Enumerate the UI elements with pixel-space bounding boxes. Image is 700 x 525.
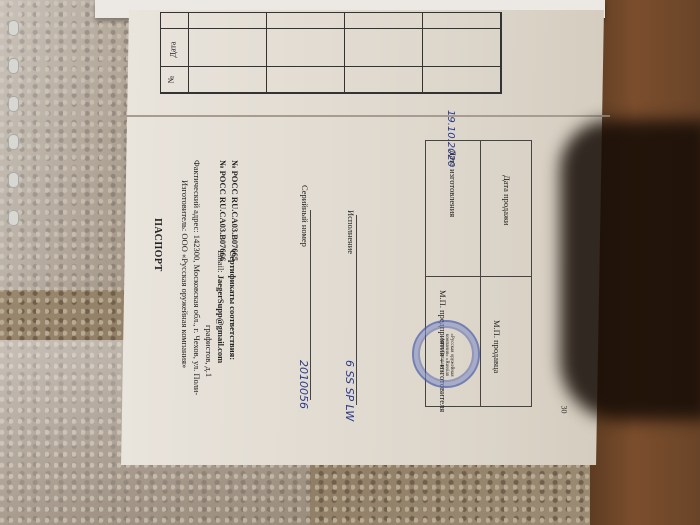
column-num-header: №	[166, 76, 175, 84]
company-stamp: «Русская оружейная компания» «Russian Ar…	[412, 320, 480, 388]
manufacture-date-value: 19.10.2020	[445, 110, 456, 167]
serial-label: Серийный номер	[300, 185, 310, 247]
sale-date-label: Дата продажи	[502, 175, 512, 225]
certificate-2: № РОСС RU.CA03.B07665	[230, 160, 240, 261]
execution-value: 6 SS SP LW	[343, 360, 356, 421]
email-value: JaegerSupp@gmail.com	[216, 275, 226, 363]
certificate-1: № РОСС RU.CA03.B07666	[218, 160, 228, 261]
column-date-header: Дата	[168, 42, 177, 58]
execution-underline	[356, 215, 357, 405]
manufacturer-line: Изготовитель: ООО «Русская оружейная ком…	[180, 180, 190, 368]
page-fold	[120, 115, 610, 117]
execution-label: Исполнение	[346, 210, 356, 254]
email-row: Email: JaegerSupp@gmail.com	[216, 250, 226, 363]
address-line-2: графистов, д.1	[204, 325, 214, 377]
hand-shadow	[560, 120, 700, 420]
passport-title: ПАСПОРТ	[152, 218, 163, 272]
records-table: Дата №	[160, 12, 502, 94]
page-number: 30	[560, 406, 569, 414]
certificates-label: Сертификаты соответствия:	[228, 250, 238, 360]
seller-stamp-label: М.П. продавца	[492, 320, 502, 373]
serial-underline	[310, 210, 311, 400]
address-line-1: Фактический адрес: 142300, Московская об…	[192, 160, 202, 395]
binder-holes	[8, 20, 22, 248]
serial-value: 2010056	[297, 360, 310, 409]
